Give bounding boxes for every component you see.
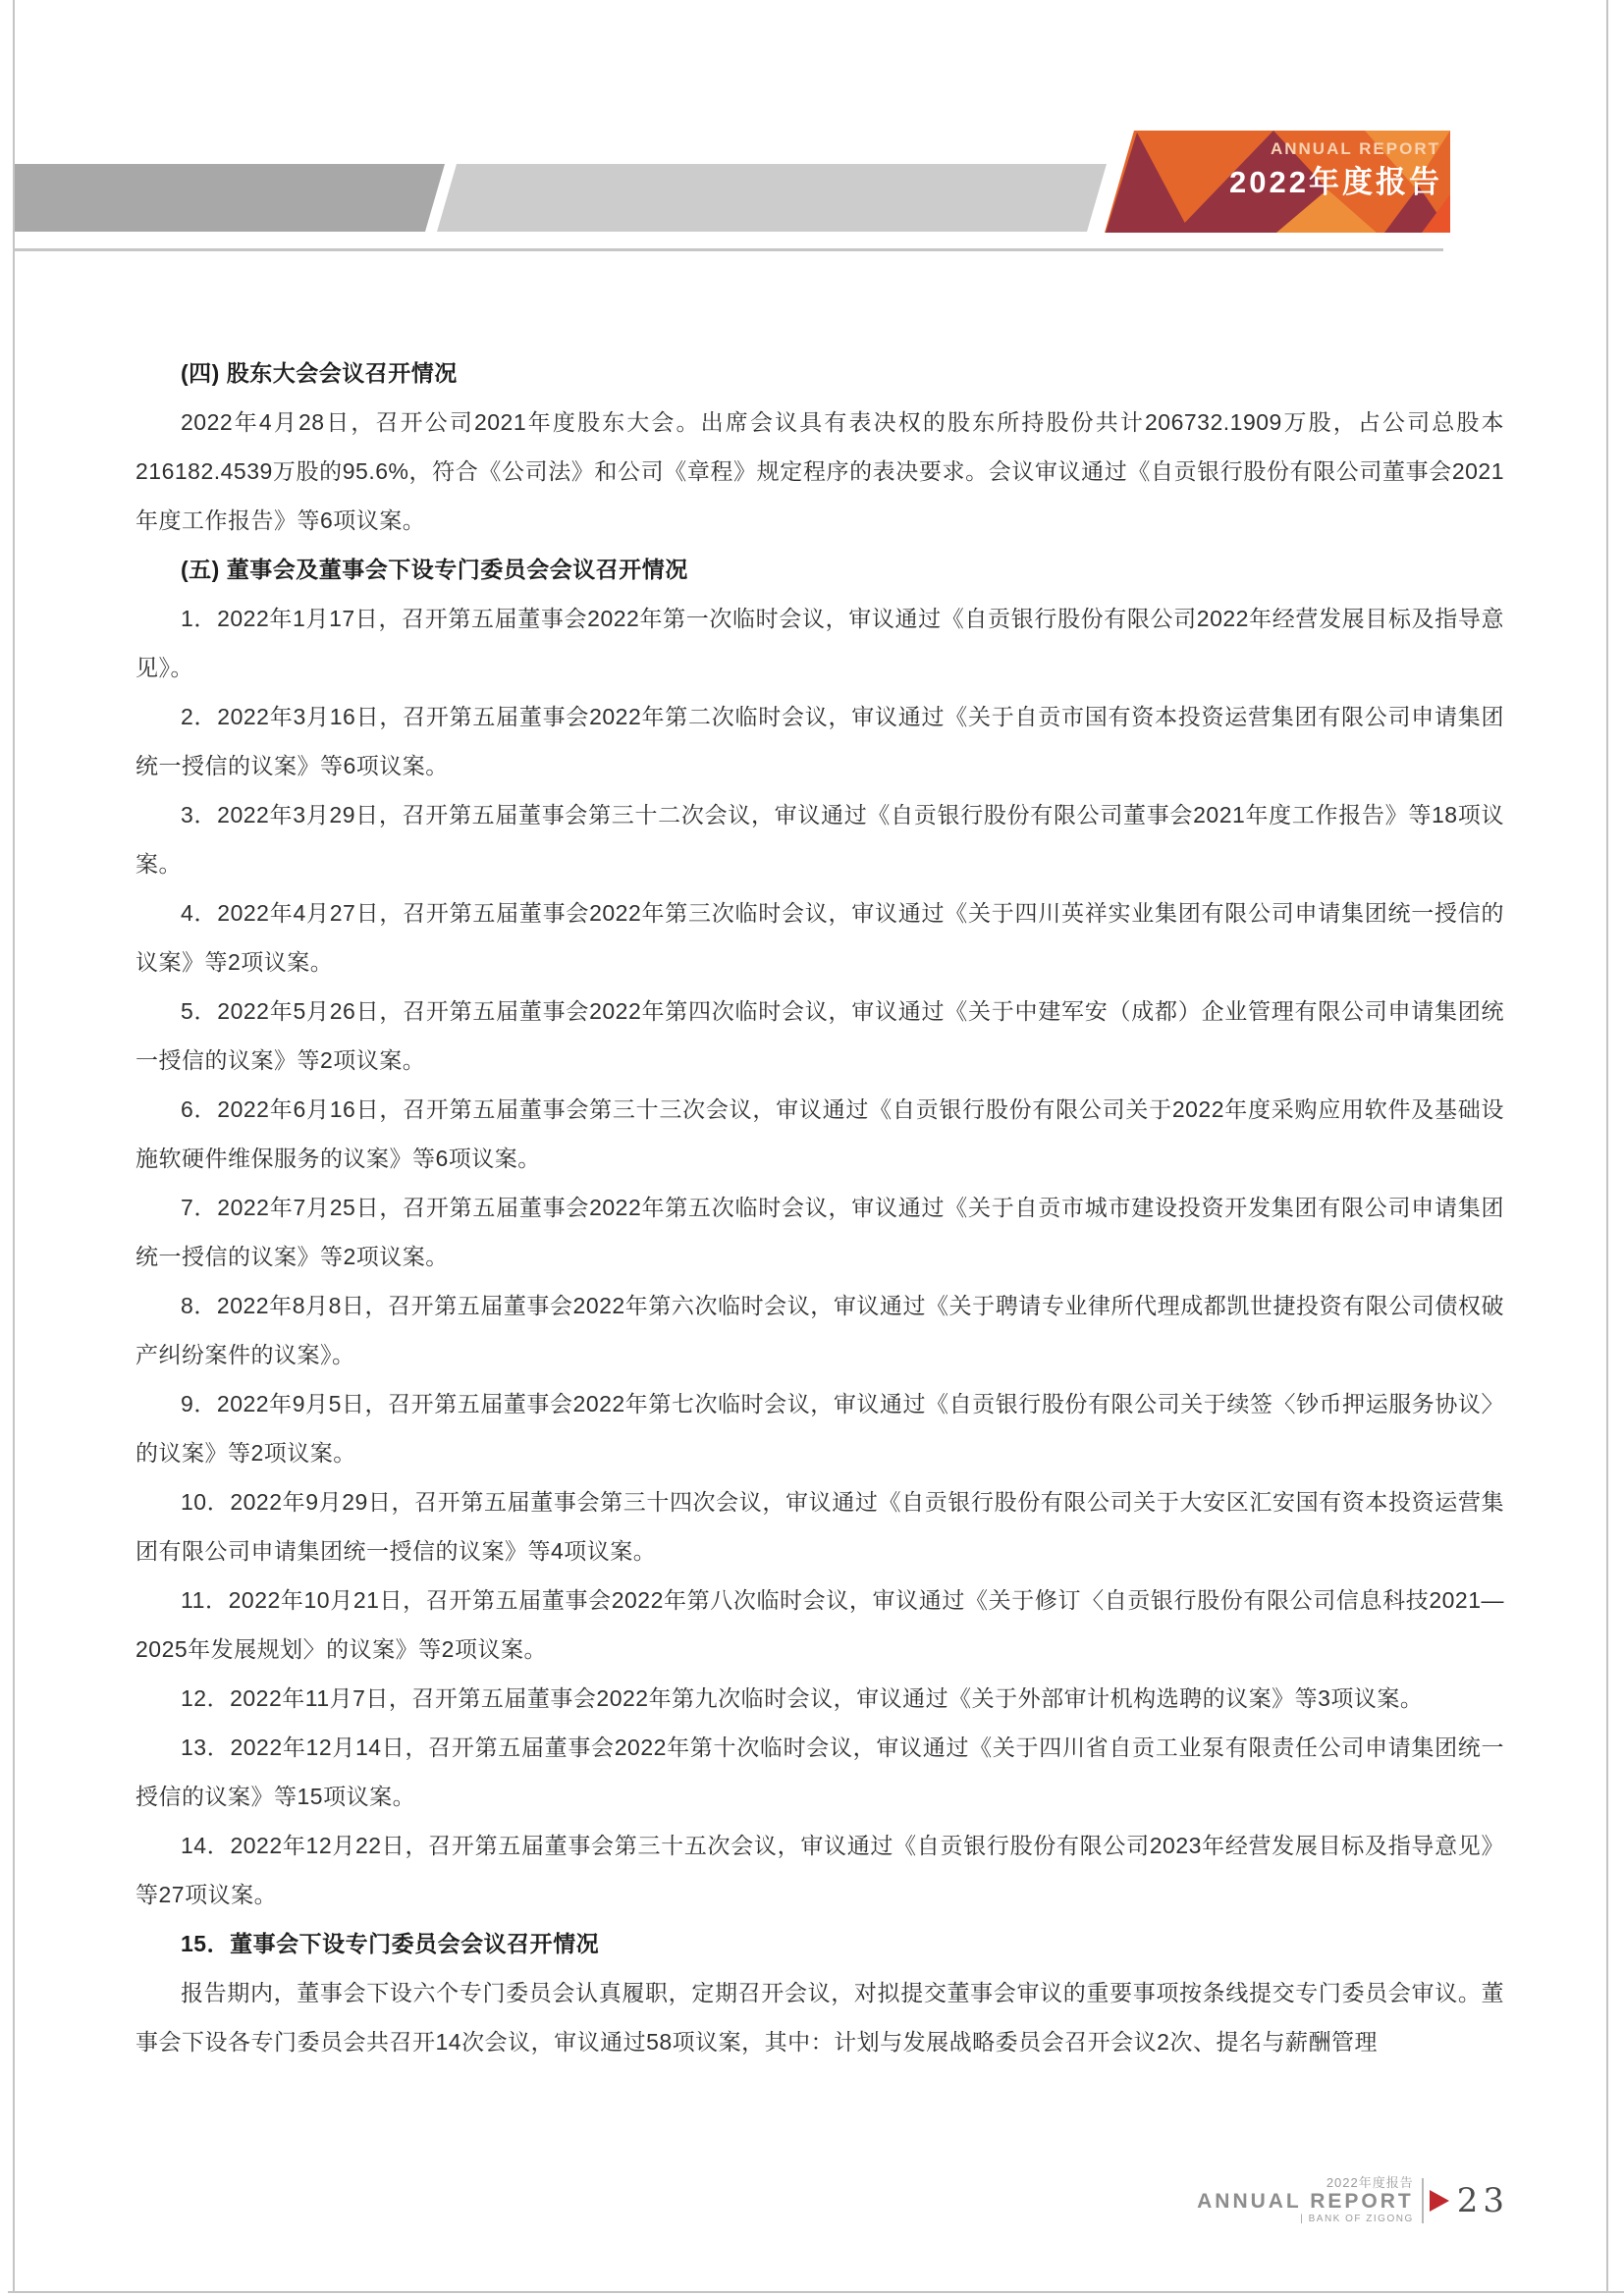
board-meeting-item-11: 11．2022年10月21日，召开第五届董事会2022年第八次临时会议，审议通过… [135,1575,1504,1674]
board-meeting-item-10: 10．2022年9月29日，召开第五届董事会第三十四次会议，审议通过《自贡银行股… [135,1477,1504,1575]
footer-text-block: 2022年度报告 ANNUAL REPORT | BANK OF ZIGONG [1197,2175,1414,2225]
banner-annual-report-cn: 2022年度报告 [1229,163,1442,202]
board-meeting-item-6: 6．2022年6月16日，召开第五届董事会第三十三次会议，审议通过《自贡银行股份… [135,1085,1504,1183]
board-meeting-item-7: 7．2022年7月25日，召开第五届董事会2022年第五次临时会议，审议通过《关… [135,1183,1504,1281]
footer-divider [1422,2178,1424,2223]
paragraph-shareholder-meeting: 2022年4月28日，召开公司2021年度股东大会。出席会议具有表决权的股东所持… [135,398,1504,545]
board-meeting-item-5: 5．2022年5月26日，召开第五届董事会2022年第四次临时会议，审议通过《关… [135,987,1504,1085]
page-arrow-icon [1430,2190,1449,2212]
report-page: ANNUAL REPORT 2022年度报告 (四) 股东大会会议召开情况 20… [0,0,1624,2296]
header-rule [13,248,1443,251]
board-meeting-item-4: 4．2022年4月27日，召开第五届董事会2022年第三次临时会议，审议通过《关… [135,888,1504,987]
banner-annual-report-en: ANNUAL REPORT [1271,139,1440,159]
page-border-bottom [8,2291,1624,2293]
board-meeting-item-8: 8．2022年8月8日，召开第五届董事会2022年第六次临时会议，审议通过《关于… [135,1281,1504,1379]
section-heading-shareholder-meeting: (四) 股东大会会议召开情况 [135,348,1504,398]
page-border-left [13,0,15,2293]
header-bar-dark-gray [15,164,445,232]
header-bar-light-gray [437,164,1107,232]
board-meeting-item-13: 13．2022年12月14日，召开第五届董事会2022年第十次临时会议，审议通过… [135,1723,1504,1821]
section-heading-board-meetings: (五) 董事会及董事会下设专门委员会会议召开情况 [135,545,1504,594]
board-meeting-item-12: 12．2022年11月7日，召开第五届董事会2022年第九次临时会议，审议通过《… [135,1674,1504,1723]
document-body: (四) 股东大会会议召开情况 2022年4月28日，召开公司2021年度股东大会… [135,348,1504,2066]
board-meeting-item-2: 2．2022年3月16日，召开第五届董事会2022年第二次临时会议，审议通过《关… [135,692,1504,790]
page-border-right [1606,0,1608,2293]
board-meeting-item-9: 9．2022年9月5日，召开第五届董事会2022年第七次临时会议，审议通过《自贡… [135,1379,1504,1477]
footer-bank-name: | BANK OF ZIGONG [1197,2214,1414,2225]
footer-report-en: ANNUAL REPORT [1197,2190,1414,2214]
board-meeting-item-1: 1．2022年1月17日，召开第五届董事会2022年第一次临时会议，审议通过《自… [135,594,1504,692]
paragraph-special-committees: 报告期内，董事会下设六个专门委员会认真履职，定期召开会议，对拟提交董事会审议的重… [135,1968,1504,2066]
page-footer: 2022年度报告 ANNUAL REPORT | BANK OF ZIGONG … [1197,2175,1509,2225]
subheading-special-committees: 15．董事会下设专门委员会会议召开情况 [135,1919,1504,1968]
page-number: 23 [1457,2181,1509,2220]
board-meeting-item-3: 3．2022年3月29日，召开第五届董事会第三十二次会议，审议通过《自贡银行股份… [135,790,1504,888]
board-meeting-item-14: 14．2022年12月22日，召开第五届董事会第三十五次会议，审议通过《自贡银行… [135,1821,1504,1919]
footer-report-cn: 2022年度报告 [1197,2175,1414,2190]
